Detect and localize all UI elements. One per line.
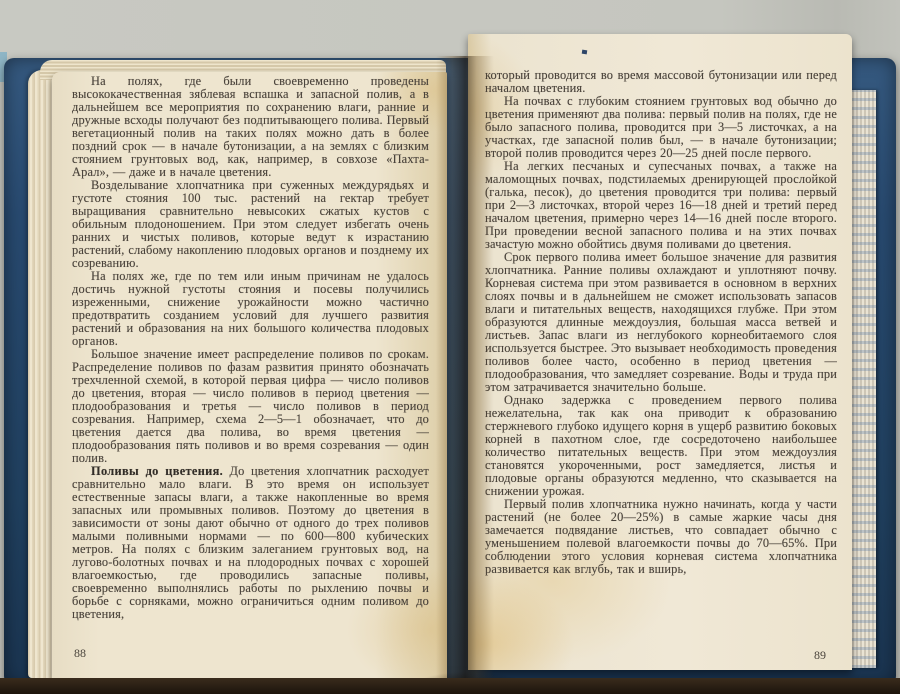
paragraph: На легких песчаных и супесчаных почвах, … xyxy=(485,160,837,251)
left-page: На полях, где были своевременно проведен… xyxy=(52,72,447,678)
paragraph: Поливы до цветения. До цветения хлопчатн… xyxy=(72,465,429,621)
scanned-book-spread: На полях, где были своевременно проведен… xyxy=(0,0,900,694)
right-page-text: который проводится во время массовой бут… xyxy=(485,69,837,649)
page-number: 89 xyxy=(814,648,826,663)
left-page-text: На полях, где были своевременно проведен… xyxy=(72,75,429,641)
paragraph: Возделывание хлопчатника при суженных ме… xyxy=(72,179,429,270)
page-number: 88 xyxy=(74,646,86,661)
paragraph: Первый полив хлопчатника нужно начинать,… xyxy=(485,498,837,576)
paragraph: Большое значение имеет распределение пол… xyxy=(72,348,429,465)
section-heading: Поливы до цветения. xyxy=(91,464,223,478)
paragraph: На полях же, где по тем или иным причина… xyxy=(72,270,429,348)
paragraph: Срок первого полива имеет большое значен… xyxy=(485,251,837,394)
scan-bottom-edge xyxy=(0,678,900,694)
right-page: который проводится во время массовой бут… xyxy=(468,34,852,670)
paragraph: который проводится во время массовой бут… xyxy=(485,69,837,95)
ink-spot xyxy=(582,50,588,55)
paragraph: На почвах с глубоким стоянием грунтовых … xyxy=(485,95,837,160)
paragraph: Однако задержка с проведением первого по… xyxy=(485,394,837,498)
paragraph: На полях, где были своевременно проведен… xyxy=(72,75,429,179)
paragraph-text: До цветения хлопчатник расходует сравнит… xyxy=(72,464,429,621)
